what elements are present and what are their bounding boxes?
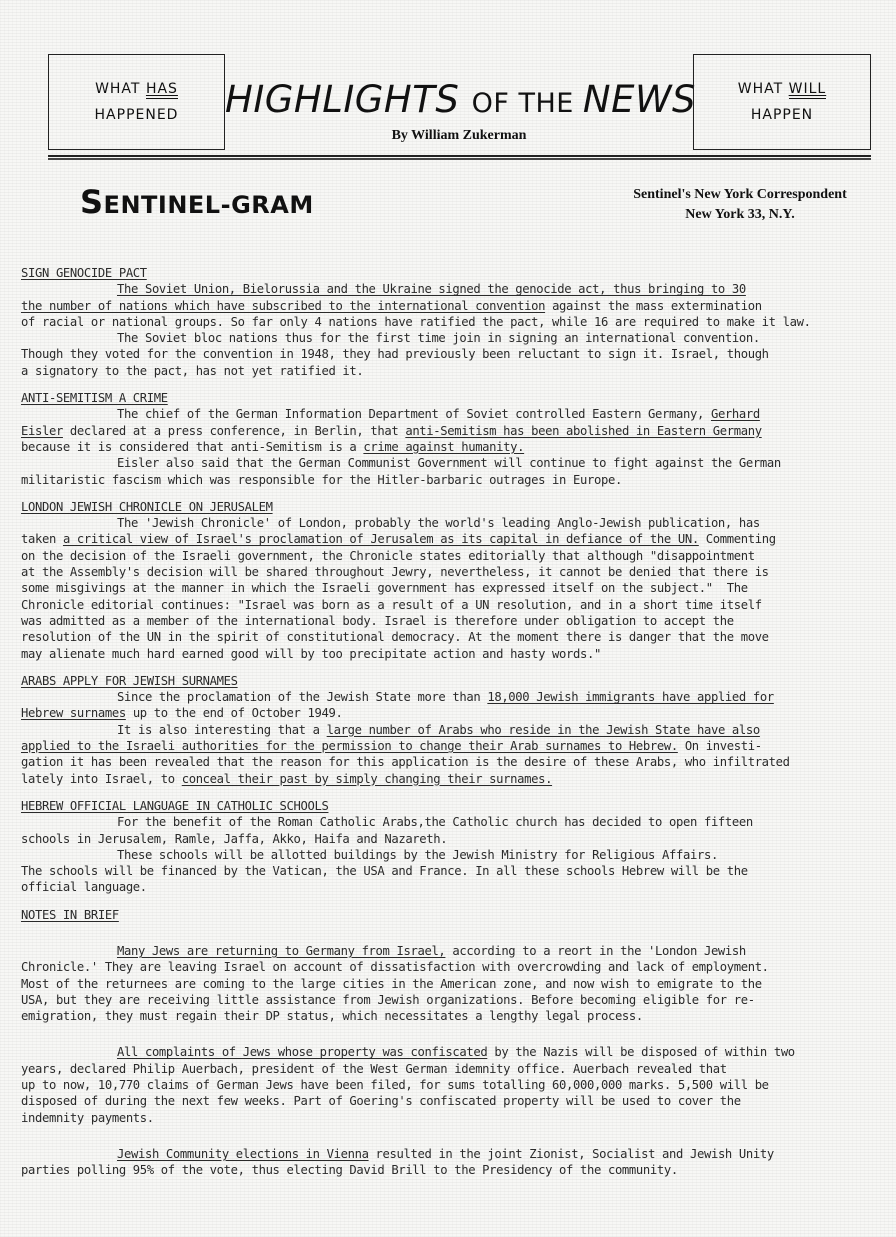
box-right-line1: WHAT <box>738 81 789 97</box>
plain-text: On investi- <box>678 739 762 753</box>
text-line: Hebrew surnames up to the end of October… <box>21 705 889 721</box>
text-line: lately into Israel, to conceal their pas… <box>21 771 889 787</box>
underlined-text: The Soviet Union, Bielorussia and the Uk… <box>117 282 746 296</box>
box-left-line2: HAPPENED <box>95 107 179 123</box>
text-line: The Soviet Union, Bielorussia and the Uk… <box>21 281 889 297</box>
text-line: It is also interesting that a large numb… <box>21 722 889 738</box>
underlined-text: Eisler <box>21 424 63 438</box>
plain-text: Commenting <box>699 532 776 546</box>
text-line: a signatory to the pact, has not yet rat… <box>21 363 889 379</box>
plain-text: years, declared Philip Auerbach, preside… <box>21 1062 727 1076</box>
plain-text: It is also interesting that a <box>117 723 327 737</box>
plain-text: The schools will be financed by the Vati… <box>21 864 748 878</box>
plain-text: may alienate much hard earned good will … <box>21 647 601 661</box>
plain-text: parties polling 95% of the vote, thus el… <box>21 1163 678 1177</box>
text-line: emigration, they must regain their DP st… <box>21 1008 889 1024</box>
plain-text: disposed of during the next few weeks. P… <box>21 1094 741 1108</box>
underlined-text: anti-Semitism has been abolished in East… <box>405 424 761 438</box>
document-page: WHAT HAS HAPPENED HIGHLIGHTS OF THE NEWS… <box>0 0 896 1237</box>
text-line: Many Jews are returning to Germany from … <box>21 943 889 959</box>
correspondent-info: Sentinel's New York Correspondent New Yo… <box>605 185 875 225</box>
box-right-underlined: WILL <box>789 81 827 99</box>
text-line: The Soviet bloc nations thus for the fir… <box>21 330 889 346</box>
news-section: ANTI-SEMITISM A CRIMEThe chief of the Ge… <box>21 390 889 488</box>
header-divider <box>48 155 871 160</box>
text-line: taken a critical view of Israel's procla… <box>21 531 889 547</box>
plain-text: against the mass extermination <box>545 299 762 313</box>
what-has-happened-box: WHAT HAS HAPPENED <box>48 54 225 150</box>
underlined-text: Many Jews are returning to Germany from … <box>117 944 445 958</box>
text-line: indemnity payments. <box>21 1110 889 1126</box>
plain-text: The chief of the German Information Depa… <box>117 407 711 421</box>
text-line: Chronicle editorial continues: "Israel w… <box>21 597 889 613</box>
text-line: Eisler also said that the German Communi… <box>21 455 889 471</box>
text-line: because it is considered that anti-Semit… <box>21 439 889 455</box>
plain-text: on the decision of the Israeli governmen… <box>21 549 755 563</box>
column-title: SENTINEL-GRAM <box>80 183 314 221</box>
text-line: official language. <box>21 879 889 895</box>
plain-text: Eisler also said that the German Communi… <box>117 456 781 470</box>
plain-text: because it is considered that anti-Semit… <box>21 440 363 454</box>
news-section: SIGN GENOCIDE PACTThe Soviet Union, Biel… <box>21 265 889 379</box>
brief-note: Jewish Community elections in Vienna res… <box>21 1146 889 1179</box>
text-line: The chief of the German Information Depa… <box>21 406 889 422</box>
brief-note: Many Jews are returning to Germany from … <box>21 943 889 1024</box>
plain-text: a signatory to the pact, has not yet rat… <box>21 364 363 378</box>
masthead-title: HIGHLIGHTS OF THE NEWS <box>225 78 693 121</box>
underlined-text: Jewish Community elections in Vienna <box>117 1147 369 1161</box>
text-line: schools in Jerusalem, Ramle, Jaffa, Akko… <box>21 831 889 847</box>
text-line: up to now, 10,770 claims of German Jews … <box>21 1077 889 1093</box>
section-heading: SIGN GENOCIDE PACT <box>21 265 889 281</box>
text-line: USA, but they are receiving little assis… <box>21 992 889 1008</box>
plain-text: taken <box>21 532 63 546</box>
plain-text: The 'Jewish Chronicle' of London, probab… <box>117 516 760 530</box>
underlined-text: conceal their past by simply changing th… <box>182 772 552 786</box>
plain-text: declared at a press conference, in Berli… <box>63 424 405 438</box>
text-line: applied to the Israeli authorities for t… <box>21 738 889 754</box>
plain-text: according to a reort in the 'London Jewi… <box>445 944 745 958</box>
text-line: resolution of the UN in the spirit of co… <box>21 629 889 645</box>
plain-text: up to the end of October 1949. <box>126 706 343 720</box>
plain-text: lately into Israel, to <box>21 772 182 786</box>
underlined-text: 18,000 Jewish immigrants have applied fo… <box>487 690 774 704</box>
plain-text: was admitted as a member of the internat… <box>21 614 734 628</box>
underlined-text: applied to the Israeli authorities for t… <box>21 739 678 753</box>
underlined-text: large number of Arabs who reside in the … <box>327 723 760 737</box>
text-line: Chronicle.' They are leaving Israel on a… <box>21 959 889 975</box>
plain-text: some misgivings at the manner in which t… <box>21 581 748 595</box>
plain-text: resulted in the joint Zionist, Socialist… <box>369 1147 774 1161</box>
section-heading: ARABS APPLY FOR JEWISH SURNAMES <box>21 673 889 689</box>
section-heading: LONDON JEWISH CHRONICLE ON JERUSALEM <box>21 499 889 515</box>
plain-text: The Soviet bloc nations thus for the fir… <box>117 331 760 345</box>
section-heading: ANTI-SEMITISM A CRIME <box>21 390 889 406</box>
plain-text: Most of the returnees are coming to the … <box>21 977 762 991</box>
text-line: Jewish Community elections in Vienna res… <box>21 1146 889 1162</box>
text-line: at the Assembly's decision will be share… <box>21 564 889 580</box>
notes-in-brief: NOTES IN BRIEFMany Jews are returning to… <box>21 907 889 1179</box>
text-line: militaristic fascism which was responsib… <box>21 472 889 488</box>
underlined-text: crime against humanity. <box>363 440 524 454</box>
section-heading: NOTES IN BRIEF <box>21 907 889 923</box>
text-line: These schools will be allotted buildings… <box>21 847 889 863</box>
text-line: disposed of during the next few weeks. P… <box>21 1093 889 1109</box>
text-line: was admitted as a member of the internat… <box>21 613 889 629</box>
underlined-text: Gerhard <box>711 407 760 421</box>
underlined-text: a critical view of Israel's proclamation… <box>63 532 699 546</box>
text-line: gation it has been revealed that the rea… <box>21 754 889 770</box>
text-line: All complaints of Jews whose property wa… <box>21 1044 889 1060</box>
article-body: SIGN GENOCIDE PACTThe Soviet Union, Biel… <box>21 265 889 1190</box>
text-line: Though they voted for the convention in … <box>21 346 889 362</box>
plain-text: Since the proclamation of the Jewish Sta… <box>117 690 487 704</box>
plain-text: militaristic fascism which was responsib… <box>21 473 622 487</box>
text-line: on the decision of the Israeli governmen… <box>21 548 889 564</box>
text-line: Most of the returnees are coming to the … <box>21 976 889 992</box>
plain-text: emigration, they must regain their DP st… <box>21 1009 643 1023</box>
brief-note: All complaints of Jews whose property wa… <box>21 1044 889 1125</box>
text-line: years, declared Philip Auerbach, preside… <box>21 1061 889 1077</box>
text-line: The 'Jewish Chronicle' of London, probab… <box>21 515 889 531</box>
plain-text: official language. <box>21 880 147 894</box>
underlined-text: the number of nations which have subscri… <box>21 299 545 313</box>
plain-text: of racial or national groups. So far onl… <box>21 315 811 329</box>
plain-text: Though they voted for the convention in … <box>21 347 769 361</box>
plain-text: at the Assembly's decision will be share… <box>21 565 769 579</box>
underlined-text: Hebrew surnames <box>21 706 126 720</box>
section-heading: HEBREW OFFICIAL LANGUAGE IN CATHOLIC SCH… <box>21 798 889 814</box>
plain-text: USA, but they are receiving little assis… <box>21 993 755 1007</box>
text-line: For the benefit of the Roman Catholic Ar… <box>21 814 889 830</box>
text-line: Since the proclamation of the Jewish Sta… <box>21 689 889 705</box>
news-section: ARABS APPLY FOR JEWISH SURNAMESSince the… <box>21 673 889 787</box>
plain-text: indemnity payments. <box>21 1111 154 1125</box>
text-line: The schools will be financed by the Vati… <box>21 863 889 879</box>
box-left-underlined: HAS <box>146 81 178 99</box>
news-section: HEBREW OFFICIAL LANGUAGE IN CATHOLIC SCH… <box>21 798 889 896</box>
box-left-line1: WHAT <box>95 81 146 97</box>
text-line: parties polling 95% of the vote, thus el… <box>21 1162 889 1178</box>
text-line: some misgivings at the manner in which t… <box>21 580 889 596</box>
text-line: the number of nations which have subscri… <box>21 298 889 314</box>
plain-text: gation it has been revealed that the rea… <box>21 755 790 769</box>
plain-text: Chronicle.' They are leaving Israel on a… <box>21 960 769 974</box>
text-line: of racial or national groups. So far onl… <box>21 314 889 330</box>
plain-text: These schools will be allotted buildings… <box>117 848 718 862</box>
plain-text: Chronicle editorial continues: "Israel w… <box>21 598 762 612</box>
text-line: may alienate much hard earned good will … <box>21 646 889 662</box>
underlined-text: All complaints of Jews whose property wa… <box>117 1045 487 1059</box>
what-will-happen-box: WHAT WILL HAPPEN <box>693 54 871 150</box>
news-section: LONDON JEWISH CHRONICLE ON JERUSALEMThe … <box>21 499 889 662</box>
byline: By William Zukerman <box>225 128 693 144</box>
plain-text: resolution of the UN in the spirit of co… <box>21 630 769 644</box>
plain-text: by the Nazis will be disposed of within … <box>487 1045 794 1059</box>
text-line: Eisler declared at a press conference, i… <box>21 423 889 439</box>
plain-text: For the benefit of the Roman Catholic Ar… <box>117 815 753 829</box>
plain-text: up to now, 10,770 claims of German Jews … <box>21 1078 769 1092</box>
box-right-line2: HAPPEN <box>751 107 813 123</box>
plain-text: schools in Jerusalem, Ramle, Jaffa, Akko… <box>21 832 447 846</box>
